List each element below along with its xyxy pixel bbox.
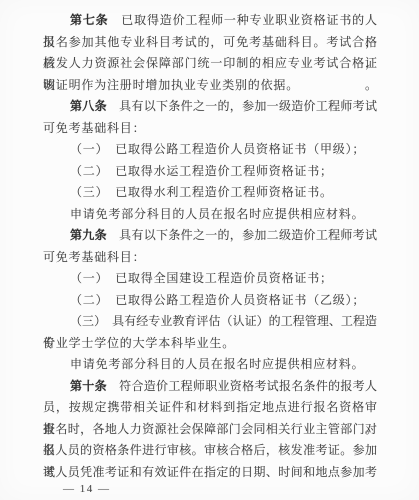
text-segment: （二） 已取得公路工程造价人员资格证书（乙级）； [70,293,365,307]
document-line: （一） 已取得公路工程造价人员资格证书（甲级）； [43,139,377,161]
document-line: 报名时，各地人力资源社会保障部门会同相关行业主管部门对报 [43,419,377,441]
article-label: 第十条 [70,379,107,393]
text-segment: 申请免考部分科目的人员在报名时应提供相应材料。 [70,207,364,221]
text-segment: 具有以下条件之一的，参加一级造价工程师考试 [107,99,377,113]
document-line: 第九条 具有以下条件之一的，参加二级造价工程师考试 [43,225,377,247]
text-segment: 可免考基础科目： [43,121,145,135]
document-line: 可免考基础科目： [43,247,377,269]
article-label: 第七条 [70,13,108,27]
article-label: 第八条 [70,99,107,113]
text-segment: （二） 已取得水运工程造价工程师资格证书； [70,164,333,178]
document-line: 专业学士学位的大学本科毕业生。 [43,333,377,355]
document-line: 员，按规定携带相关证件和材料到指定地点进行报名资格审查。 [43,397,377,419]
article-label: 第九条 [70,228,107,242]
text-segment: 具有以下条件之一的，参加二级造价工程师考试 [107,228,377,242]
document-line: 核发人力资源社会保障部门统一印制的相应专业考试合格证明。 [43,53,377,75]
text-segment: （一） 已取得全国建设工程造价员资格证书； [70,271,333,285]
document-line: 申请免考部分科目的人员在报名时应提供相应材料。 [43,204,377,226]
text-segment: 符合造价工程师职业资格考试报名条件的报考人 [107,379,377,393]
text-segment: 试人员凭准考证和有效证件在指定的日期、时间和地点参加考 [43,465,377,479]
text-segment: 专业学士学位的大学本科毕业生。 [43,336,235,350]
document-page: 第七条 已取得造价工程师一种专业职业资格证书的人员，报名参加其他专业科目考试的，… [0,0,419,500]
document-line: 第八条 具有以下条件之一的，参加一级造价工程师考试 [43,96,377,118]
page-number: — 14 — [63,482,111,496]
text-segment: （一） 已取得公路工程造价人员资格证书（甲级）； [70,142,365,156]
document-line: （一） 已取得全国建设工程造价员资格证书； [43,268,377,290]
document-line: （二） 已取得公路工程造价人员资格证书（乙级）； [43,290,377,312]
document-line: 第十条 符合造价工程师职业资格考试报名条件的报考人 [43,376,377,398]
document-line: 第七条 已取得造价工程师一种专业职业资格证书的人员， [43,10,377,32]
text-segment: （三） 已取得水利工程造价工程师资格证书。 [70,185,333,199]
document-line: 申请免考部分科目的人员在报名时应提供相应材料。 [43,354,377,376]
document-line: （三） 具有经专业教育评估（认证）的工程管理、工程造价 [43,311,377,333]
text-segment: 申请免考部分科目的人员在报名时应提供相应材料。 [70,357,364,371]
document-line: 试人员凭准考证和有效证件在指定的日期、时间和地点参加考 [43,462,377,484]
document-line: 可免考基础科目： [43,118,377,140]
text-segment: 可免考基础科目： [43,250,145,264]
document-body: 第七条 已取得造价工程师一种专业职业资格证书的人员，报名参加其他专业科目考试的，… [43,10,377,483]
text-segment: 该证明作为注册时增加执业专业类别的依据。 [43,78,299,92]
document-line: 报名参加其他专业科目考试的，可免考基础科目。考试合格后， [43,32,377,54]
document-line: 名人员的资格条件进行审核。审核合格后，核发准考证。参加考 [43,440,377,462]
document-line: （三） 已取得水利工程造价工程师资格证书。 [43,182,377,204]
document-line: （二） 已取得水运工程造价工程师资格证书； [43,161,377,183]
